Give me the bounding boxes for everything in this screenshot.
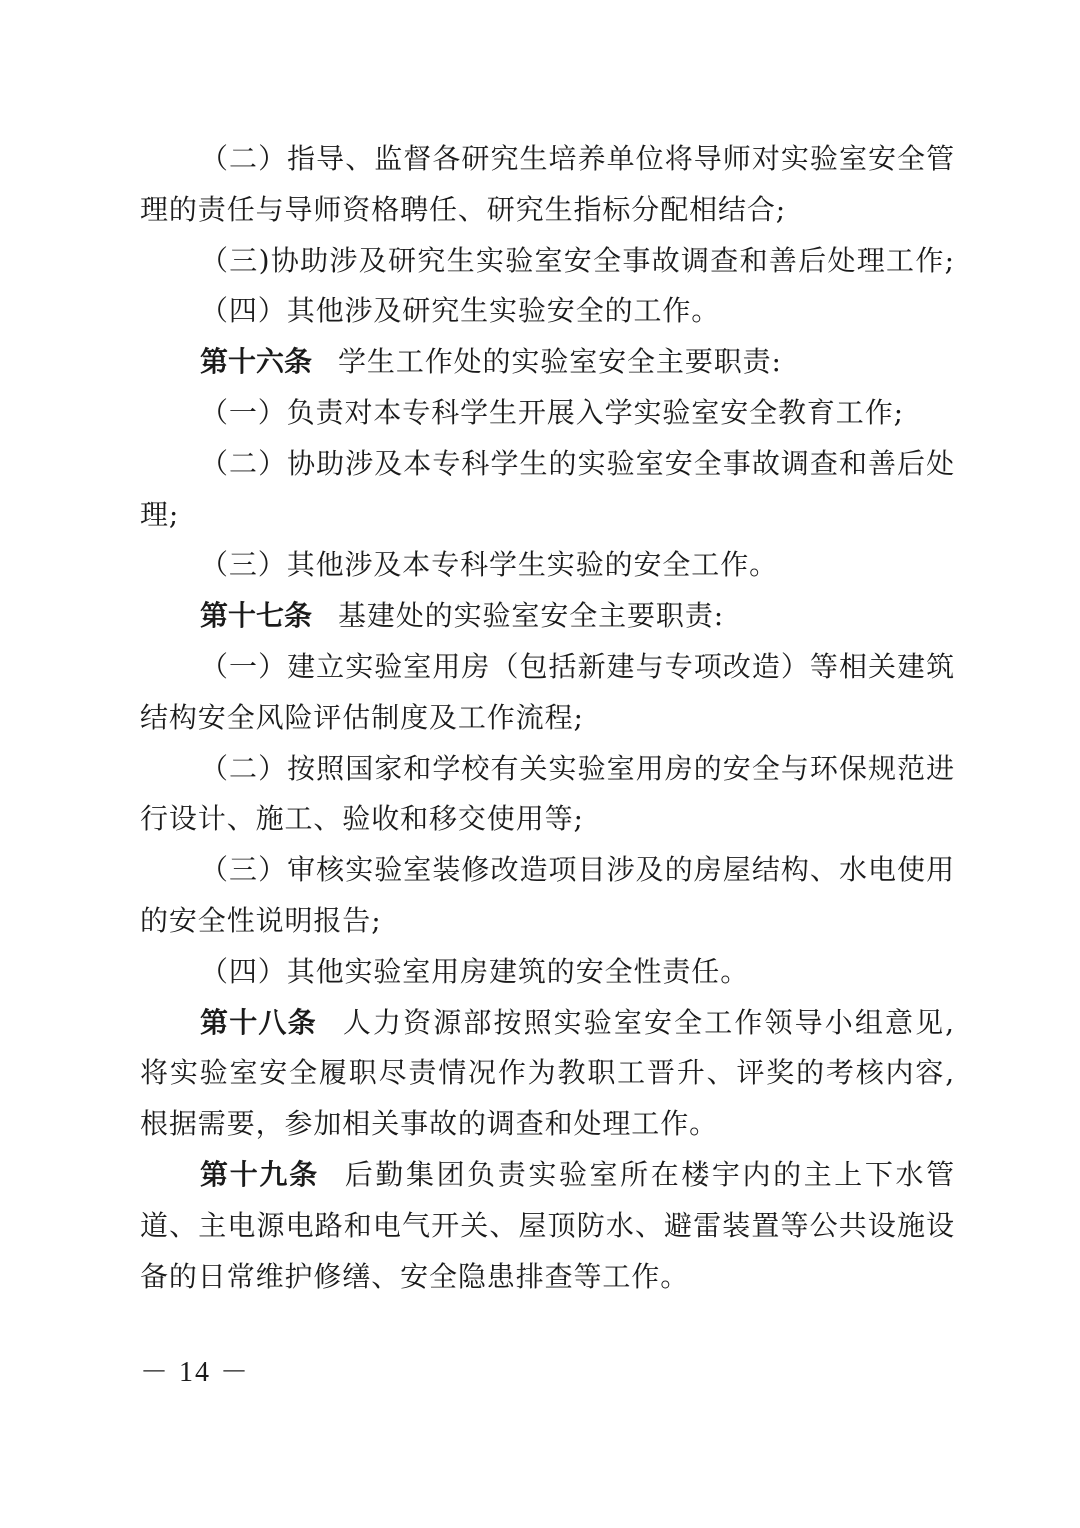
line-text: （三）审核实验室装修改造项目涉及的房屋结构、水电使用 — [200, 853, 955, 886]
text-line: 理的责任与导师资格聘任、研究生指标分配相结合; — [140, 185, 955, 236]
line-text: （二）按照国家和学校有关实验室用房的安全与环保规范进 — [200, 752, 955, 785]
line-text: 备的日常维护修缮、安全隐患排查等工作。 — [140, 1260, 689, 1293]
article-number: 第十九条 — [200, 1158, 319, 1191]
article-number: 第十八条 — [200, 1006, 317, 1039]
text-line: （四）其他涉及研究生实验安全的工作。 — [140, 286, 955, 337]
line-text: （一）建立实验室用房（包括新建与专项改造）等相关建筑 — [200, 650, 955, 683]
article-number: 第十六条 — [200, 345, 312, 378]
text-line: （一）负责对本专科学生开展入学实验室安全教育工作; — [140, 388, 955, 439]
line-text: （二）指导、监督各研究生培养单位将导师对实验室安全管 — [200, 142, 955, 175]
line-text: 将实验室安全履职尽责情况作为教职工晋升、评奖的考核内容, — [140, 1056, 955, 1089]
text-line: 备的日常维护修缮、安全隐患排查等工作。 — [140, 1252, 955, 1303]
text-line: （三)协助涉及研究生实验室安全事故调查和善后处理工作; — [140, 236, 955, 287]
line-text: 的安全性说明报告; — [140, 904, 382, 937]
line-text: （一）负责对本专科学生开展入学实验室安全教育工作; — [200, 396, 904, 429]
text-line: 道、主电源电路和电气开关、屋顶防水、避雷装置等公共设施设 — [140, 1201, 955, 1252]
line-text: （四）其他涉及研究生实验安全的工作。 — [200, 294, 720, 327]
text-line: 理; — [140, 490, 955, 541]
line-text: （三)协助涉及研究生实验室安全事故调查和善后处理工作; — [200, 244, 955, 277]
text-line: （二）按照国家和学校有关实验室用房的安全与环保规范进 — [140, 744, 955, 795]
text-line: 的安全性说明报告; — [140, 896, 955, 947]
article-heading-line: 第十七条基建处的实验室安全主要职责: — [140, 591, 955, 642]
line-text: （四）其他实验室用房建筑的安全性责任。 — [200, 955, 749, 988]
text-line: 根据需要，参加相关事故的调查和处理工作。 — [140, 1099, 955, 1150]
line-text: 道、主电源电路和电气开关、屋顶防水、避雷装置等公共设施设 — [140, 1209, 955, 1242]
line-text: 人力资源部按照实验室安全工作领导小组意见, — [343, 1006, 955, 1039]
line-text: 行设计、施工、验收和移交使用等; — [140, 802, 584, 835]
document-page: （二）指导、监督各研究生培养单位将导师对实验室安全管理的责任与导师资格聘任、研究… — [140, 134, 955, 1302]
article-heading-line: 第十八条人力资源部按照实验室安全工作领导小组意见, — [140, 998, 955, 1049]
article-heading-line: 第十六条学生工作处的实验室安全主要职责: — [140, 337, 955, 388]
text-line: 行设计、施工、验收和移交使用等; — [140, 794, 955, 845]
text-line: 将实验室安全履职尽责情况作为教职工晋升、评奖的考核内容, — [140, 1048, 955, 1099]
article-number: 第十七条 — [200, 599, 312, 632]
text-line: 结构安全风险评估制度及工作流程; — [140, 693, 955, 744]
article-heading-line: 第十九条后勤集团负责实验室所在楼宇内的主上下水管 — [140, 1150, 955, 1201]
text-line: （二）指导、监督各研究生培养单位将导师对实验室安全管 — [140, 134, 955, 185]
line-text: 根据需要，参加相关事故的调查和处理工作。 — [140, 1107, 718, 1140]
line-text: 学生工作处的实验室安全主要职责: — [338, 345, 782, 378]
line-text: （二）协助涉及本专科学生的实验室安全事故调查和善后处 — [200, 447, 955, 480]
line-text: 理; — [140, 498, 179, 531]
line-text: （三）其他涉及本专科学生实验的安全工作。 — [200, 548, 778, 581]
line-text: 理的责任与导师资格聘任、研究生指标分配相结合; — [140, 193, 786, 226]
text-line: （三）审核实验室装修改造项目涉及的房屋结构、水电使用 — [140, 845, 955, 896]
text-line: （三）其他涉及本专科学生实验的安全工作。 — [140, 540, 955, 591]
line-text: 结构安全风险评估制度及工作流程; — [140, 701, 584, 734]
line-text: 后勤集团负责实验室所在楼宇内的主上下水管 — [345, 1158, 955, 1191]
text-line: （二）协助涉及本专科学生的实验室安全事故调查和善后处 — [140, 439, 955, 490]
text-line: （四）其他实验室用房建筑的安全性责任。 — [140, 947, 955, 998]
text-line: （一）建立实验室用房（包括新建与专项改造）等相关建筑 — [140, 642, 955, 693]
page-number: － 14 － — [140, 1350, 250, 1390]
line-text: 基建处的实验室安全主要职责: — [338, 599, 724, 632]
